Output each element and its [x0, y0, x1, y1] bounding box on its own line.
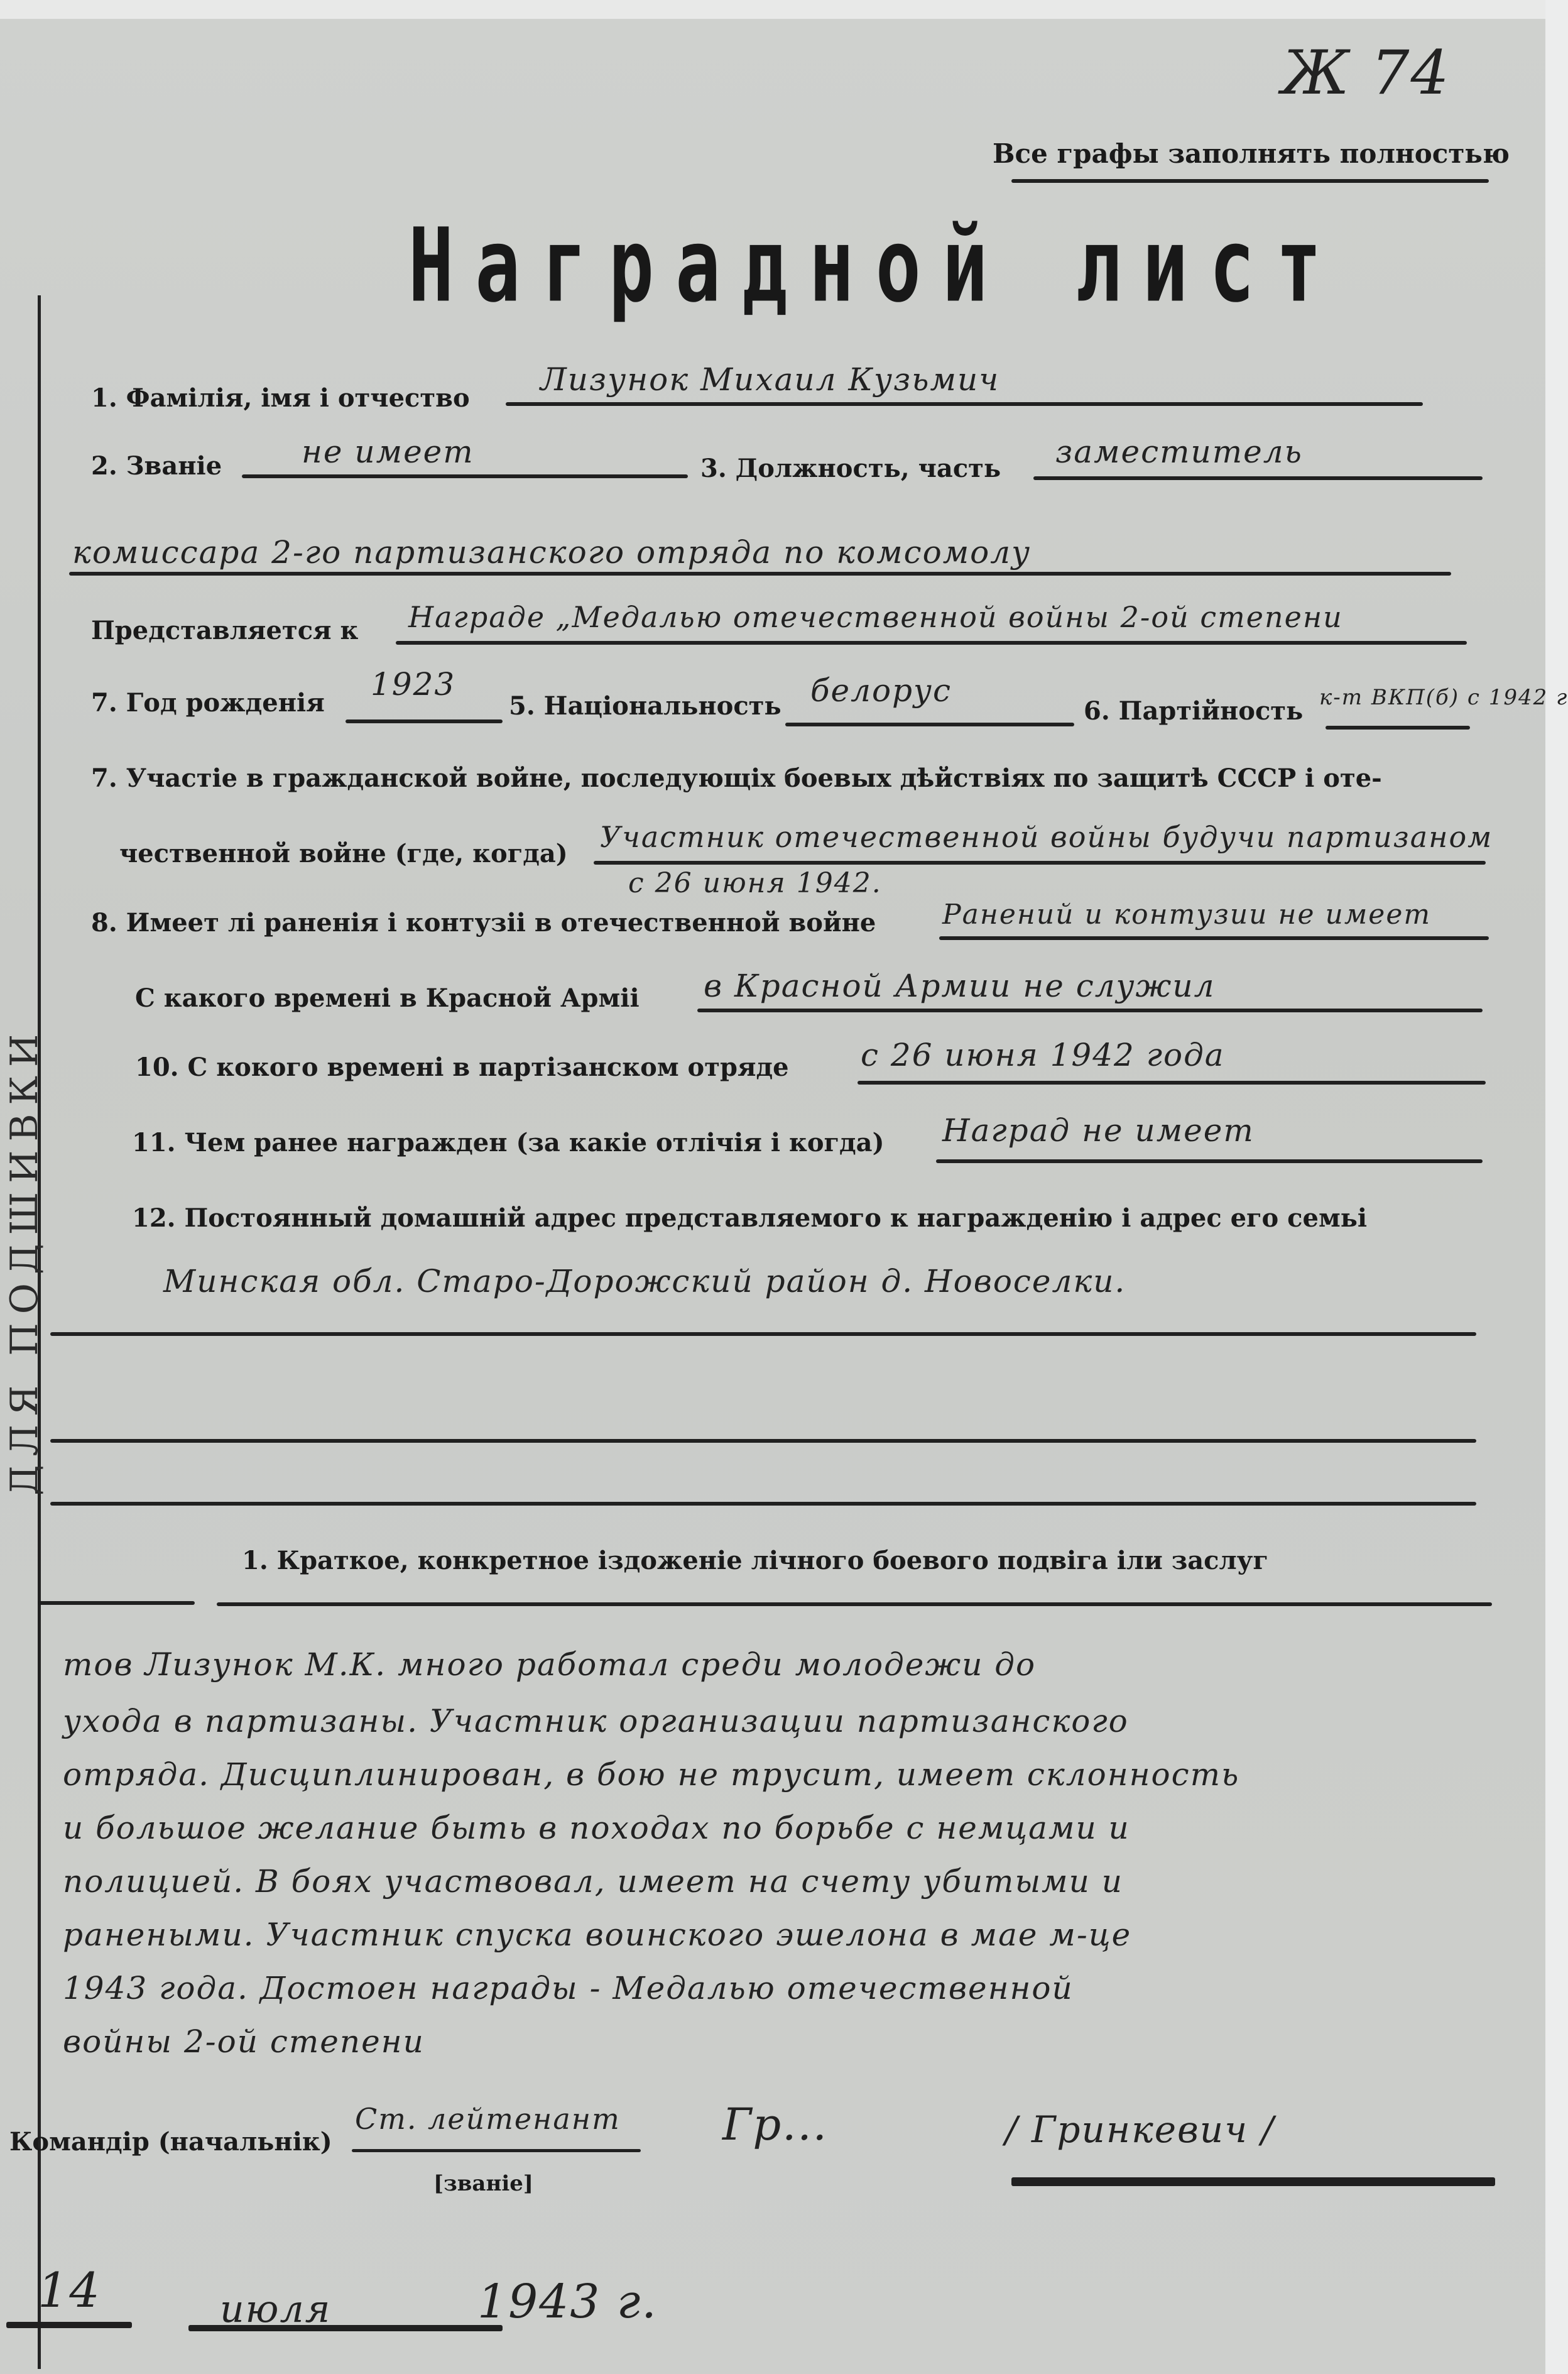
nationality-label: 5. Національность — [509, 691, 781, 721]
feat-line-7: 1943 года. Достоен награды - Медалью оте… — [63, 1970, 1074, 2006]
party-label: 6. Партійность — [1084, 696, 1303, 726]
wounds-value: Ранений и контузии не имеет — [942, 899, 1431, 931]
commander-rank-value: Ст. лейтенант — [355, 2102, 621, 2136]
position-continuation: комиссара 2-го партизанского отряда по к… — [72, 534, 1031, 571]
position-label: 3. Должность, часть — [700, 454, 1001, 483]
address-value: Минская обл. Старо-Дорожский район д. Но… — [163, 1263, 1126, 1299]
rank-underline — [242, 474, 688, 478]
birth-year-label: 7. Год рожденія — [91, 688, 325, 718]
nationality-underline — [785, 723, 1074, 726]
civil-war-label-line2: чественной войне (где, когда) — [119, 839, 568, 868]
date-day-underline — [6, 2322, 132, 2328]
rank-value: не имеет — [302, 434, 474, 470]
feat-line-3: отряда. Дисциплинирован, в бою не трусит… — [63, 1756, 1239, 1793]
nominated-label: Представляется к — [91, 616, 358, 645]
nominated-value: Награде „Медалью отечественной войны 2-о… — [408, 600, 1343, 634]
red-army-underline — [697, 1009, 1483, 1012]
address-label: 12. Постоянный домашній адрес представля… — [132, 1203, 1367, 1233]
position-continuation-underline — [69, 572, 1451, 576]
partisan-since-label: 10. С кокого времені в партізанском отря… — [135, 1053, 789, 1082]
commander-name-underline — [1011, 2177, 1495, 2186]
partisan-since-underline — [857, 1081, 1486, 1085]
feat-line-1: тов Лизунок М.К. много работал среди мол… — [63, 1646, 1036, 1683]
red-army-value: в Красной Армии не служил — [704, 968, 1215, 1004]
party-value: к-т ВКП(б) с 1942 г. — [1319, 685, 1568, 710]
commander-label: Командір (начальнік) — [9, 2127, 332, 2157]
name-value: Лизунок Михаил Кузьмич — [540, 361, 999, 398]
wounds-underline — [939, 936, 1489, 940]
commander-signature: Гр... — [722, 2099, 828, 2150]
prior-awards-value: Наград не имеет — [942, 1112, 1255, 1149]
prior-awards-underline — [936, 1159, 1483, 1163]
feat-heading-underline-left — [38, 1601, 195, 1605]
commander-rank-caption: [званіе] — [433, 2171, 533, 2196]
name-label: 1. Фамілія, імя і отчество — [91, 383, 470, 413]
feat-heading: 1. Краткое, конкретное іздоженіе лічного… — [242, 1546, 1268, 1575]
date-year: 1943 г. — [477, 2275, 658, 2329]
civil-war-value-line2: с 26 июня 1942. — [628, 867, 882, 899]
feat-line-8: войны 2-ой степени — [63, 2023, 425, 2060]
side-binding-label: ДЛЯ ПОДШИВКИ — [3, 397, 46, 867]
feat-line-4: и большое желание быть в походах по борь… — [63, 1810, 1130, 1846]
nominated-underline — [396, 641, 1467, 645]
date-day: 14 — [38, 2262, 101, 2318]
red-army-label: С какого времені в Красной Арміі — [135, 983, 640, 1013]
feat-heading-underline — [217, 1602, 1492, 1606]
address-underline-1 — [50, 1332, 1476, 1336]
civil-war-label-line1: 7. Участіе в гражданской войне, последую… — [91, 763, 1382, 793]
position-value: заместитель — [1055, 434, 1303, 470]
commander-rank-underline — [352, 2149, 641, 2152]
feat-line-2: ухода в партизаны. Участник организации … — [63, 1703, 1129, 1739]
document-title: Наградной лист — [408, 207, 1342, 325]
party-underline — [1326, 726, 1470, 730]
address-underline-2 — [50, 1439, 1476, 1443]
birth-year-value: 1923 — [371, 666, 455, 703]
nationality-value: белорус — [810, 672, 952, 709]
instruction-underline — [1011, 179, 1489, 183]
archive-number: Ж 74 — [1282, 38, 1451, 108]
birth-year-underline — [346, 719, 503, 723]
instruction-text: Все графы заполнять полностью — [993, 138, 1510, 169]
prior-awards-label: 11. Чем ранее награжден (за какіе отлічі… — [132, 1128, 885, 1157]
wounds-label: 8. Имеет лі раненія і контузіі в отечест… — [91, 908, 876, 938]
rank-label: 2. Званіе — [91, 451, 222, 481]
address-underline-3 — [50, 1502, 1476, 1506]
position-underline — [1033, 476, 1483, 480]
feat-line-6: ранеными. Участник спуска воинского эшел… — [63, 1917, 1131, 1953]
feat-line-5: полицией. В боях участвовал, имеет на сч… — [63, 1863, 1123, 1900]
civil-war-value: Участник отечественной войны будучи парт… — [600, 820, 1493, 854]
date-month-underline — [188, 2325, 503, 2331]
commander-name: / Гринкевич / — [1005, 2108, 1275, 2151]
page-edge — [1545, 0, 1568, 2374]
name-underline — [506, 402, 1423, 406]
civil-war-underline — [594, 861, 1486, 865]
partisan-since-value: с 26 июня 1942 года — [861, 1037, 1225, 1073]
